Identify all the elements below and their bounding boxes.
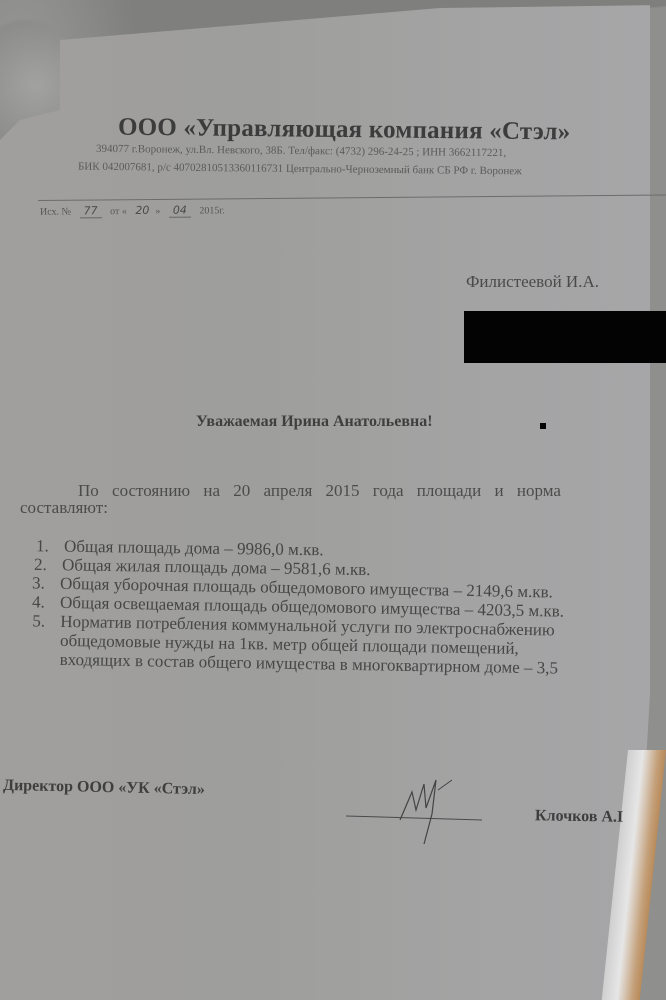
body-intro-line-1: По состоянию на 20 апреля 2015 года площ…	[78, 481, 561, 501]
reference-year: 2015г.	[199, 205, 225, 216]
signatory-name: Клочков А.І	[535, 807, 624, 827]
reference-date-prefix: от «	[110, 206, 127, 217]
outgoing-reference: Исх. № 77 от « 20» 04 2015г.	[40, 203, 225, 217]
salutation: Уважаемая Ирина Анатольевна!	[196, 413, 433, 431]
list-item: 5.Норматив потребления коммунальной услу…	[32, 611, 565, 677]
reference-month: 04	[169, 204, 191, 218]
body-intro-line-2: составляют:	[20, 498, 108, 518]
handwritten-signature-icon	[340, 770, 490, 850]
reference-number: 77	[80, 204, 102, 218]
company-name: ООО «Управляющая компания «Стэл»	[118, 114, 571, 147]
recipient-name: Филистеевой И.А.	[466, 272, 599, 292]
reference-prefix: Исх. №	[40, 206, 71, 217]
redacted-address	[464, 311, 666, 363]
redaction-marker	[540, 423, 546, 429]
figures-list: 1.Общая площадь дома – 9986,0 м.кв. 2.Об…	[36, 540, 568, 673]
reference-day: 20	[135, 204, 149, 217]
